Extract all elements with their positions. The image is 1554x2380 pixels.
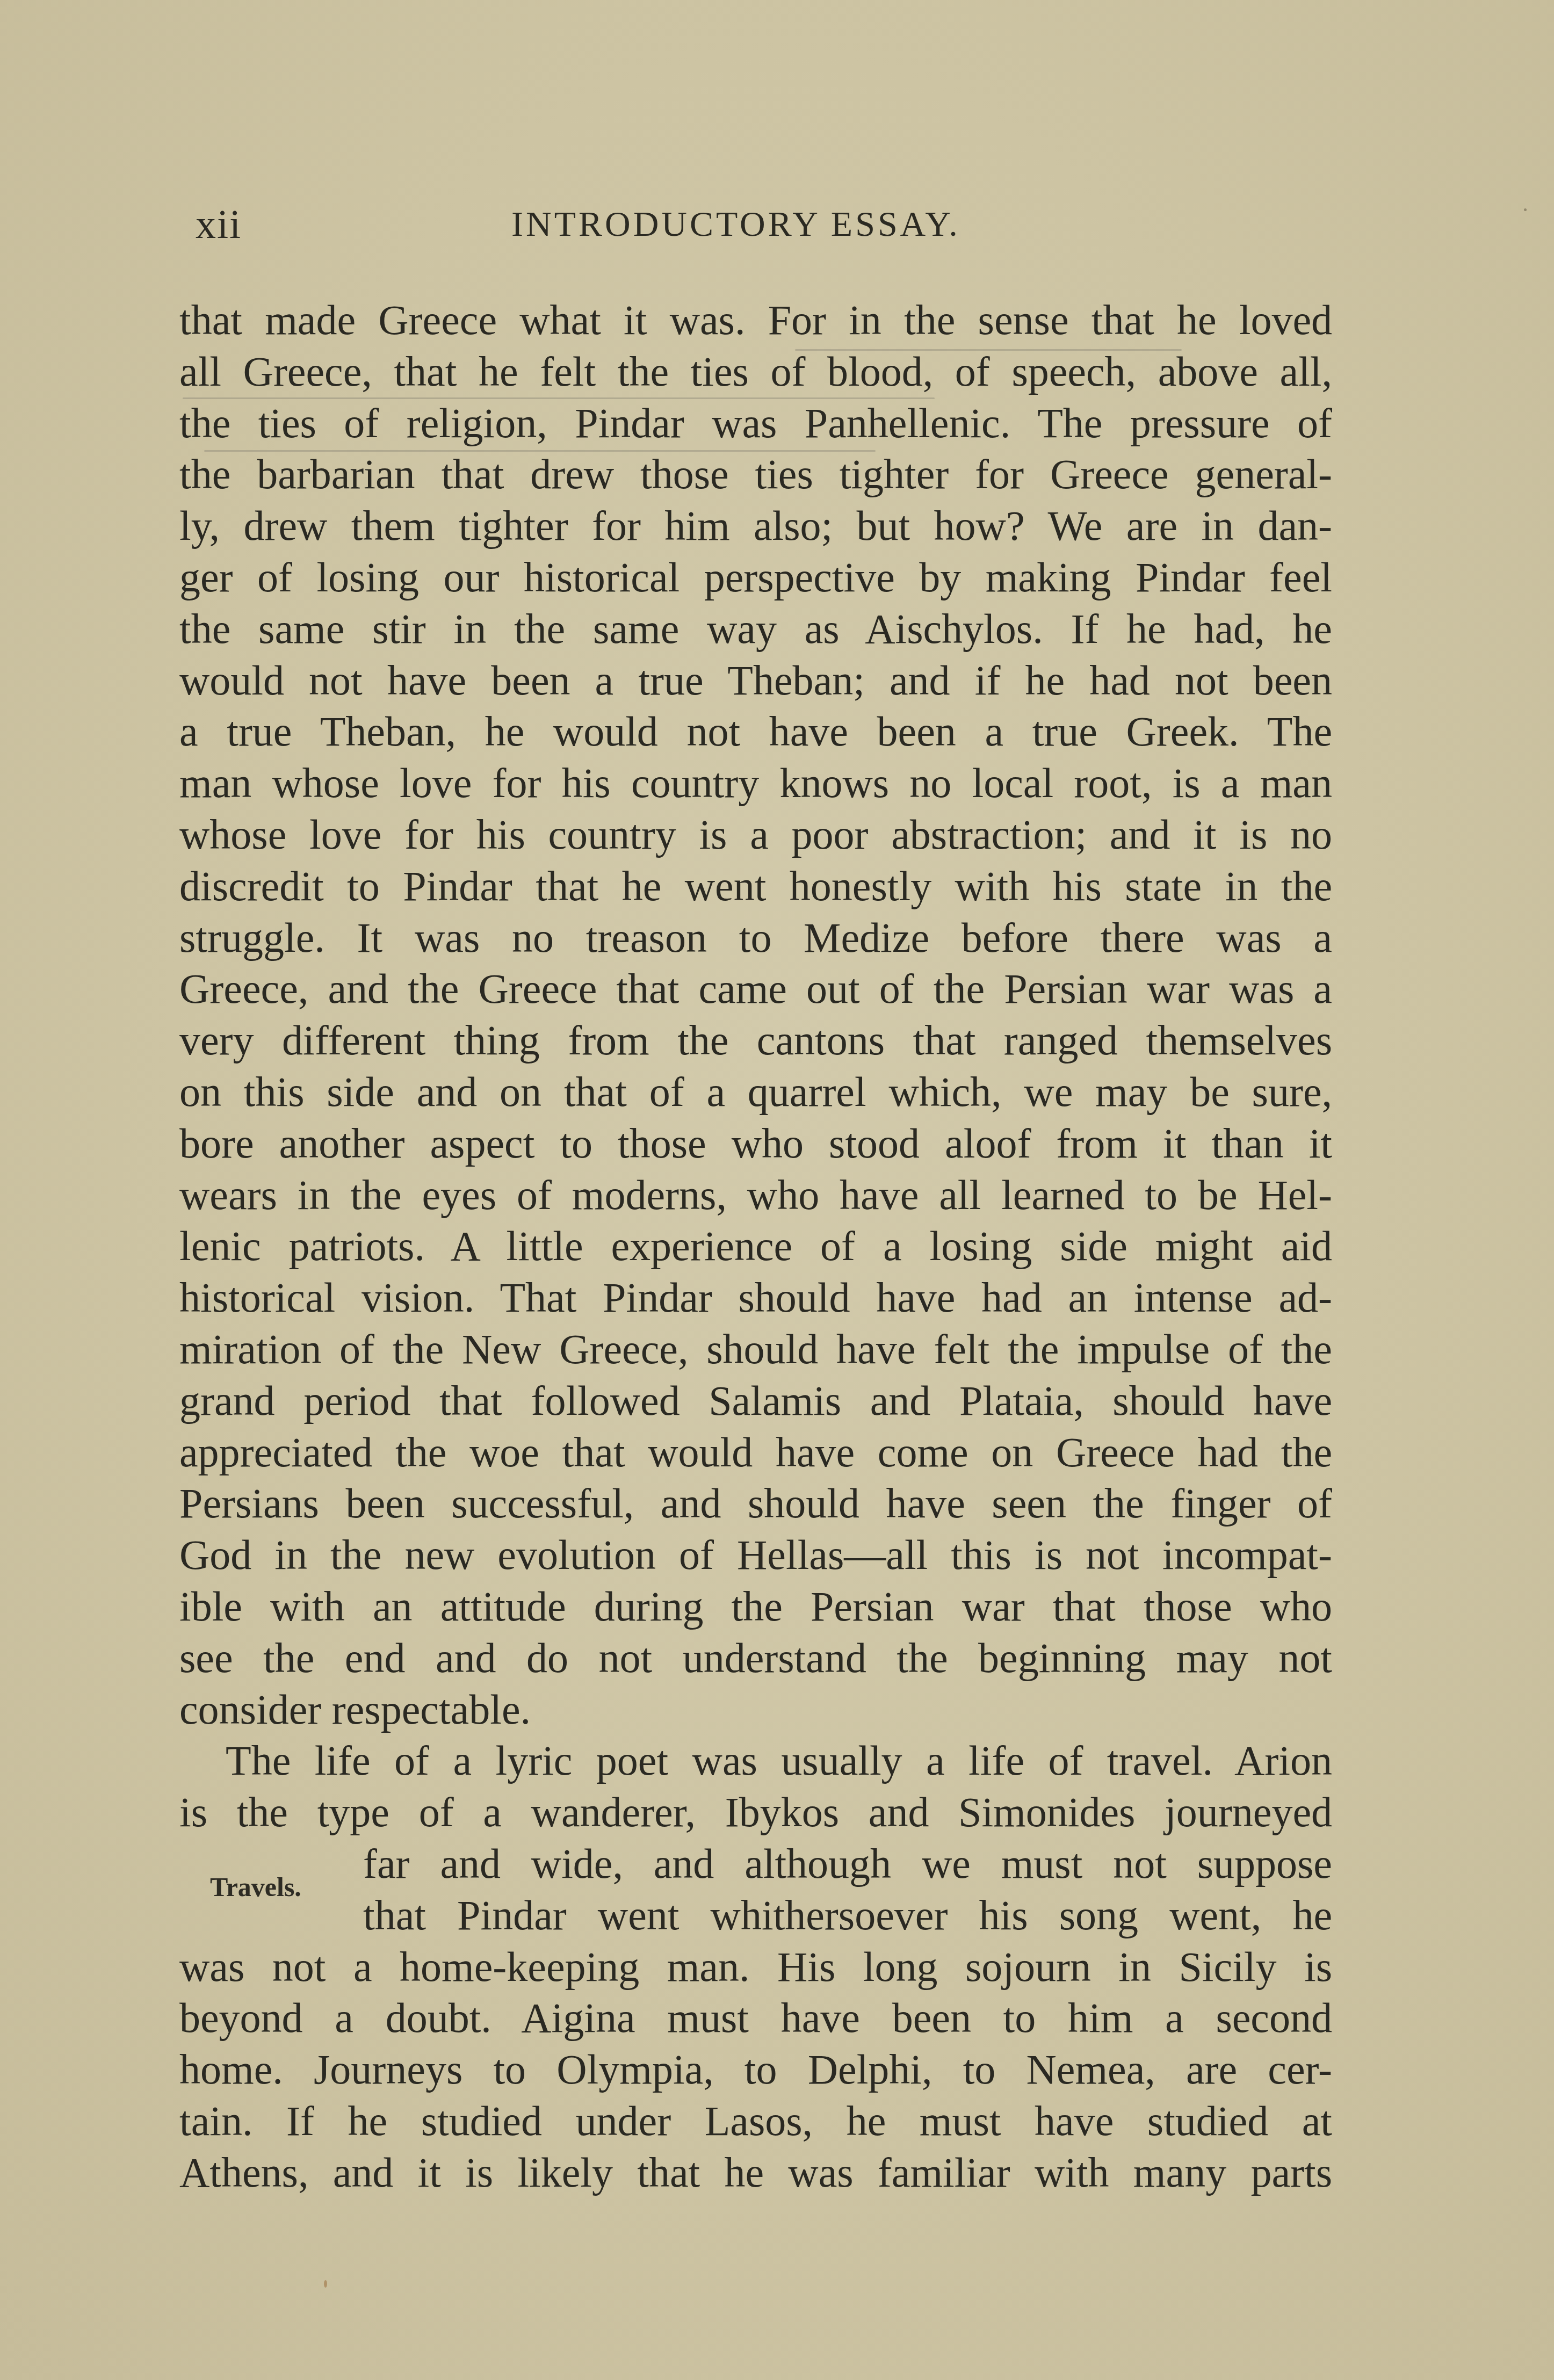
text-line: the same stir in the same way as Aischyl… [179, 603, 1332, 655]
text-line: Persians been successful, and should hav… [179, 1478, 1332, 1529]
text-line: the ties of religion, Pindar was Panhell… [179, 397, 1332, 449]
text-line: the barbarian that drew those ties tight… [179, 448, 1332, 500]
text-line: bore another aspect to those who stood a… [179, 1118, 1332, 1169]
text-line: that made Greece what it was. For in the… [179, 294, 1332, 346]
page-number: xii [196, 198, 242, 251]
running-title: INTRODUCTORY ESSAY. [511, 198, 960, 251]
text-line: is the type of a wanderer, Ibykos and Si… [179, 1786, 1332, 1838]
text-line: man whose love for his country knows no … [179, 757, 1332, 809]
text-line: God in the new evolution of Hellas—all t… [179, 1529, 1332, 1581]
text-line: a true Theban, he would not have been a … [179, 706, 1332, 757]
text-line: on this side and on that of a quarrel wh… [179, 1066, 1332, 1118]
text-line: tain. If he studied under Lasos, he must… [179, 2095, 1332, 2147]
text-line: ly, drew them tighter for him also; but … [179, 500, 1332, 552]
text-line: historical vision. That Pindar should ha… [179, 1272, 1332, 1323]
text-line: struggle. It was no treason to Medize be… [179, 912, 1332, 964]
text-line-beside-note: far and wide, and although we must not s… [179, 1838, 1332, 1890]
text-line: was not a home-keeping man. His long soj… [179, 1941, 1332, 1993]
text-line: whose love for his country is a poor abs… [179, 809, 1332, 860]
text-line: would not have been a true Theban; and i… [179, 655, 1332, 706]
text-line: ger of losing our historical perspective… [179, 552, 1332, 603]
text-line: beyond a doubt. Aigina must have been to… [179, 1992, 1332, 2044]
text-line: ible with an attitude during the Persian… [179, 1581, 1332, 1632]
running-head: xii INTRODUCTORY ESSAY. [0, 198, 1554, 251]
text-line: grand period that followed Salamis and P… [179, 1375, 1332, 1427]
text-line: see the end and do not understand the be… [179, 1632, 1332, 1684]
book-page: xii INTRODUCTORY ESSAY. Travels. that ma… [0, 0, 1554, 2380]
text-line: discredit to Pindar that he went honestl… [179, 860, 1332, 912]
text-line: appreciated the woe that would have come… [179, 1427, 1332, 1478]
text-line: home. Journeys to Olympia, to Delphi, to… [179, 2044, 1332, 2095]
paper-speck [1524, 208, 1527, 211]
text-line: Athens, and it is likely that he was fam… [179, 2147, 1332, 2198]
essay-body-text: that made Greece what it was. For in the… [179, 294, 1332, 2198]
text-line: miration of the New Greece, should have … [179, 1323, 1332, 1375]
text-line: lenic patriots. A little experience of a… [179, 1220, 1332, 1272]
text-line: Greece, and the Greece that came out of … [179, 963, 1332, 1015]
text-line-beside-note: that Pindar went whithersoever his song … [179, 1890, 1332, 1941]
text-line: very different thing from the cantons th… [179, 1015, 1332, 1066]
text-line: wears in the eyes of moderns, who have a… [179, 1169, 1332, 1221]
paper-speck [324, 2280, 327, 2288]
text-line: all Greece, that he felt the ties of blo… [179, 346, 1332, 397]
text-line-paragraph-start: The life of a lyric poet was usually a l… [179, 1735, 1332, 1786]
text-line-paragraph-end: consider respectable. [179, 1684, 1332, 1735]
